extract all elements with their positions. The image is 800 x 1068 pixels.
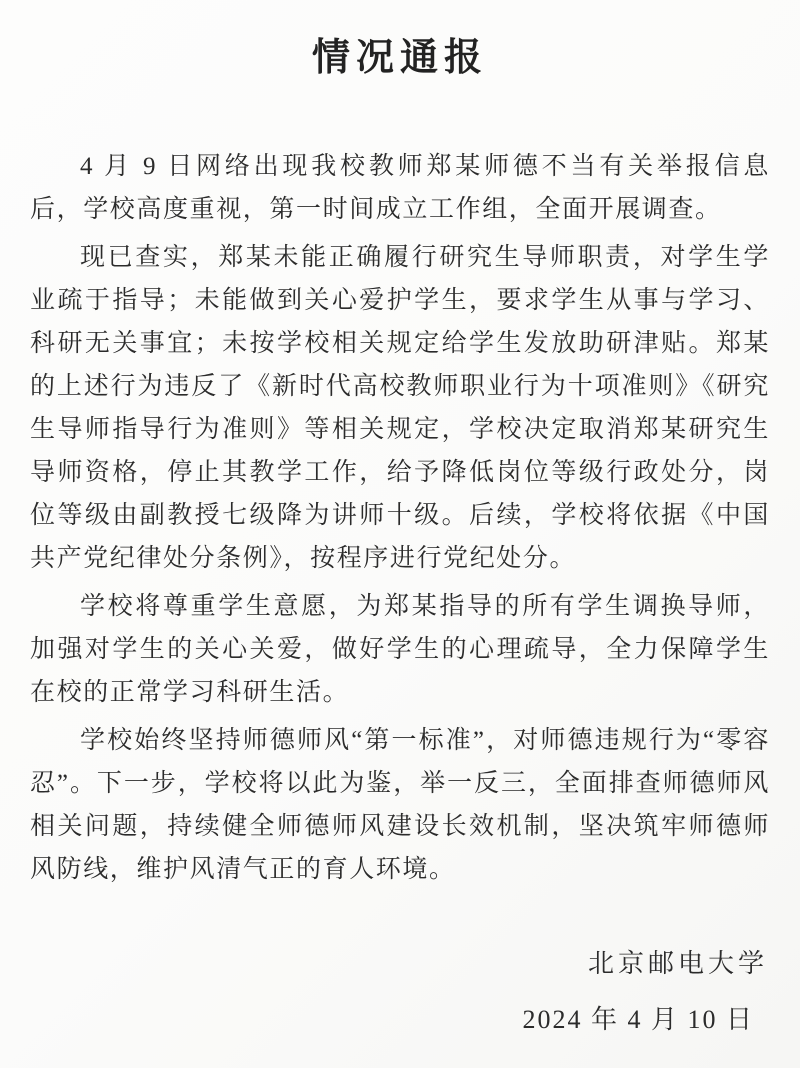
paragraph-findings-and-punishment: 现已查实，郑某未能正确履行研究生导师职责，对学生学业疏于指导；未能做到关心爱护学… [30,236,770,580]
paragraph-investigation-start: 4 月 9 日网络出现我校教师郑某师德不当有关举报信息后，学校高度重视，第一时间… [30,145,770,231]
signature-block: 北京邮电大学 2024 年 4 月 10 日 [0,947,800,1037]
notice-title: 情况通报 [0,26,800,81]
paragraph-zero-tolerance: 学校始终坚持师德师风“第一标准”，对师德违规行为“零容忍”。下一步，学校将以此为… [30,719,770,891]
paragraph-student-support: 学校将尊重学生意愿，为郑某指导的所有学生调换导师，加强对学生的关心关爱，做好学生… [30,585,770,714]
notice-document: 情况通报 4 月 9 日网络出现我校教师郑某师德不当有关举报信息后，学校高度重视… [0,0,800,1068]
issuer-signature: 北京邮电大学 [0,947,800,981]
issue-date: 2024 年 4 月 10 日 [0,1003,800,1037]
notice-body: 4 月 9 日网络出现我校教师郑某师德不当有关举报信息后，学校高度重视，第一时间… [30,145,770,891]
